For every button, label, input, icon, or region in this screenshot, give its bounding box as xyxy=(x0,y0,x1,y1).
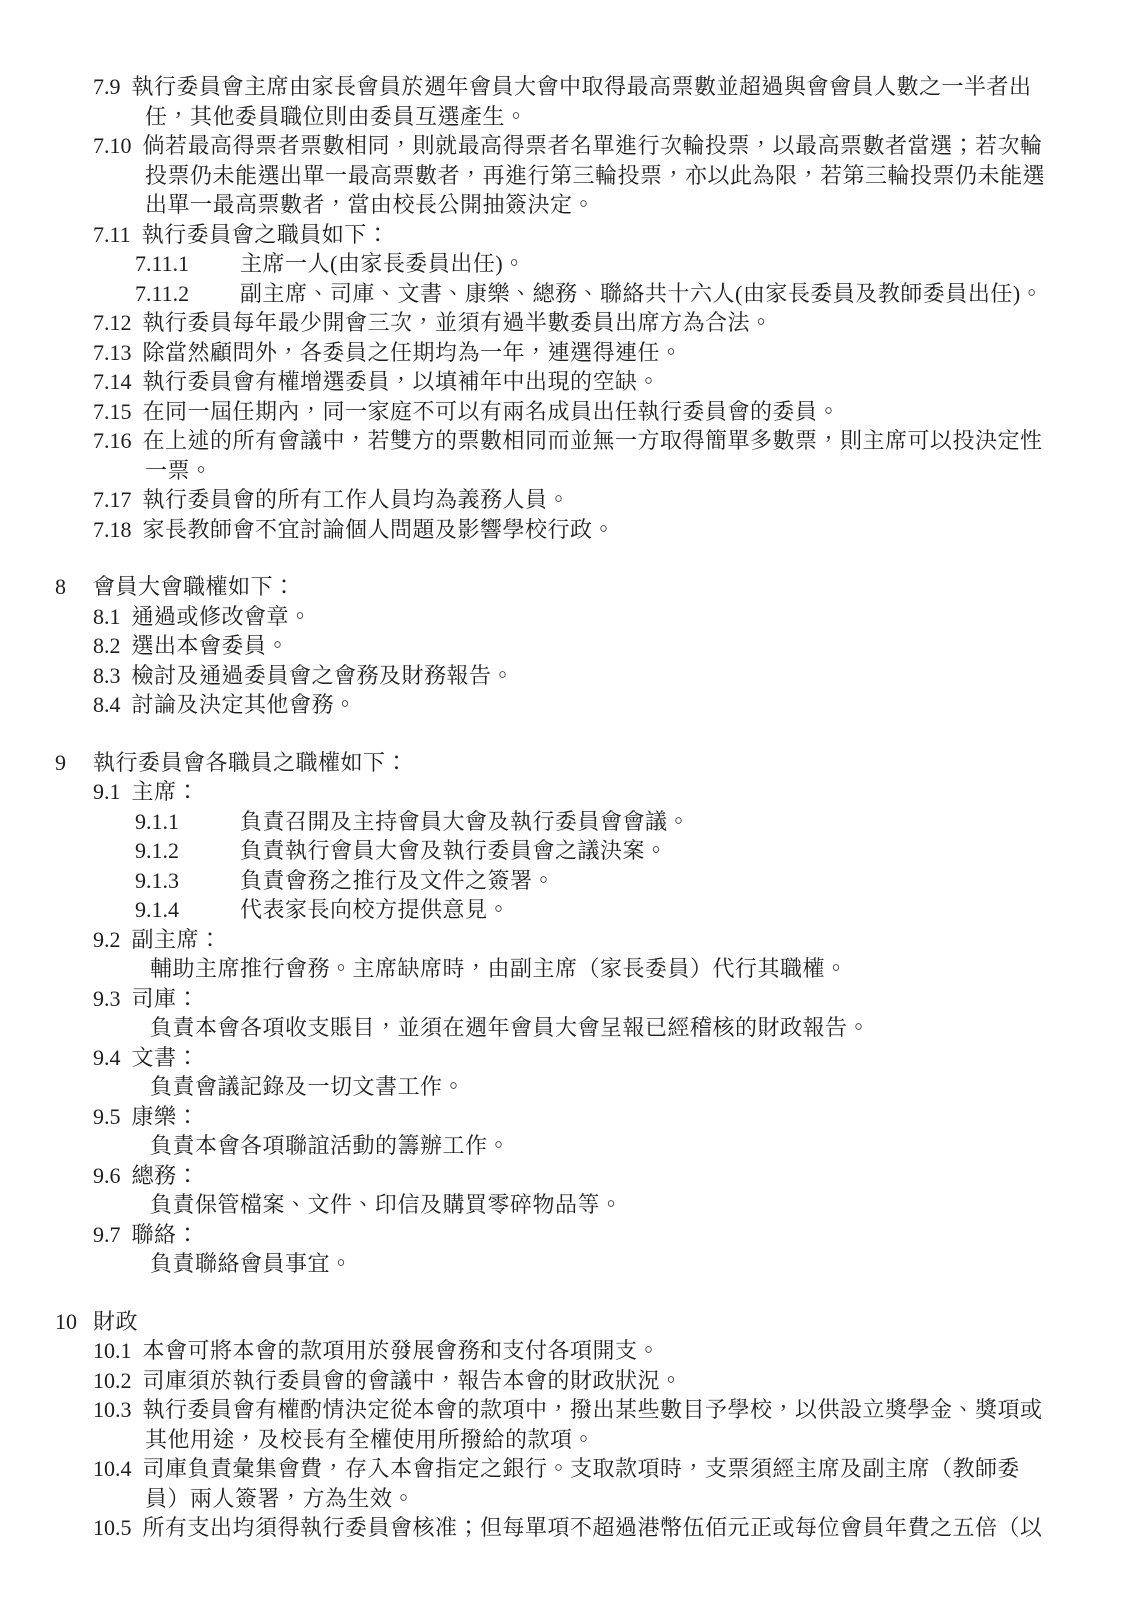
clause-9-1: 9.1主席： xyxy=(93,777,1091,807)
clause-8-3-number: 8.3 xyxy=(93,663,121,688)
section-9-title: 執行委員會各職員之職權如下： xyxy=(93,750,408,775)
clause-7-17-text: 執行委員會的所有工作人員均為義務人員。 xyxy=(143,487,571,512)
clause-10-5-line-1: 10.5所有支出均須得執行委員會核准；但每單項不超過港幣伍佰元正或每位會員年費之… xyxy=(93,1513,1091,1543)
clause-7-16-number: 7.16 xyxy=(93,428,132,453)
clause-9-1-4: 9.1.4代表家長向校方提供意見。 xyxy=(135,895,1091,925)
clause-10-4-line-2: 員）兩人簽署，方為生效。 xyxy=(145,1484,1091,1514)
clause-9-3-desc: 負責本會各項收支賬目，並須在週年會員大會呈報已經稽核的財政報告。 xyxy=(150,1013,1091,1043)
clause-9-5-text: 康樂： xyxy=(132,1104,200,1129)
clause-7-16-line-2: 一票。 xyxy=(145,456,1091,486)
clause-9-7-desc: 負責聯絡會員事宜。 xyxy=(150,1249,1091,1279)
clause-9-1-3-number: 9.1.3 xyxy=(135,866,240,896)
clause-7-13-number: 7.13 xyxy=(93,340,132,365)
clause-7-11-2-number: 7.11.2 xyxy=(135,279,240,309)
clause-9-5-number: 9.5 xyxy=(93,1104,121,1129)
clause-7-11-1: 7.11.1主席一人(由家長委員出任)。 xyxy=(135,249,1091,279)
clause-10-2-text: 司庫須於執行委員會的會議中，報告本會的財政狀況。 xyxy=(143,1368,683,1393)
clause-9-5: 9.5康樂： xyxy=(93,1102,1091,1132)
clause-7-10-line-1: 7.10倘若最高得票者票數相同，則就最高得票者名單進行次輪投票，以最高票數者當選… xyxy=(93,131,1091,161)
section-8-number: 8 xyxy=(55,572,93,602)
clause-7-9-line-1: 7.9執行委員會主席由家長會員於週年會員大會中取得最高票數並超過與會會員人數之一… xyxy=(93,72,1091,102)
clause-7-9-text: 執行委員會主席由家長會員於週年會員大會中取得最高票數並超過與會會員人數之一半者出 xyxy=(132,74,1032,99)
clause-9-6-text: 總務： xyxy=(132,1163,200,1188)
clause-10-2-number: 10.2 xyxy=(93,1368,132,1393)
clause-9-6-number: 9.6 xyxy=(93,1163,121,1188)
clause-10-1-number: 10.1 xyxy=(93,1338,132,1363)
clause-8-4-text: 討論及決定其他會務。 xyxy=(132,692,357,717)
clause-10-4-line-1: 10.4司庫負責彙集會費，存入本會指定之銀行。支取款項時，支票須經主席及副主席（… xyxy=(93,1454,1091,1484)
clause-8-1: 8.1通過或修改會章。 xyxy=(93,602,1091,632)
clause-7-15-text: 在同一屆任期內，同一家庭不可以有兩名成員出任執行委員會的委員。 xyxy=(143,399,841,424)
clause-10-3-line-2: 其他用途，及校長有全權使用所撥給的款項。 xyxy=(145,1425,1091,1455)
clause-9-4-text: 文書： xyxy=(132,1045,200,1070)
clause-7-14-text: 執行委員會有權增選委員，以填補年中出現的空缺。 xyxy=(143,369,661,394)
clause-9-1-3: 9.1.3負責會務之推行及文件之簽署。 xyxy=(135,866,1091,896)
clause-9-4-desc: 負責會議記錄及一切文書工作。 xyxy=(150,1072,1091,1102)
clause-8-4-number: 8.4 xyxy=(93,692,121,717)
clause-7-11-2: 7.11.2副主席、司庫、文書、康樂、總務、聯絡共十六人(由家長委員及教師委員出… xyxy=(135,279,1091,309)
clause-9-1-number: 9.1 xyxy=(93,779,121,804)
section-9: 9執行委員會各職員之職權如下： 9.1主席： 9.1.1負責召開及主持會員大會及… xyxy=(55,748,1091,1279)
clause-7-14-number: 7.14 xyxy=(93,369,132,394)
clause-10-1: 10.1本會可將本會的款項用於發展會務和支付各項開支。 xyxy=(93,1336,1091,1366)
clause-9-2-desc: 輔助主席推行會務。主席缺席時，由副主席（家長委員）代行其職權。 xyxy=(150,954,1091,984)
clause-9-5-desc: 負責本會各項聯誼活動的籌辦工作。 xyxy=(150,1131,1091,1161)
clause-8-2-text: 選出本會委員。 xyxy=(132,633,290,658)
clause-7-12-number: 7.12 xyxy=(93,310,132,335)
clause-10-5-number: 10.5 xyxy=(93,1515,132,1540)
section-9-number: 9 xyxy=(55,748,93,778)
clause-9-1-1: 9.1.1負責召開及主持會員大會及執行委員會會議。 xyxy=(135,807,1091,837)
section-8-title: 會員大會職權如下： xyxy=(93,574,296,599)
clause-8-4: 8.4討論及決定其他會務。 xyxy=(93,690,1091,720)
clause-10-3-number: 10.3 xyxy=(93,1397,132,1422)
clause-9-6: 9.6總務： xyxy=(93,1161,1091,1191)
clause-9-1-3-text: 負責會務之推行及文件之簽署。 xyxy=(240,868,555,893)
clause-7-9-line-2: 任，其他委員職位則由委員互選產生。 xyxy=(145,102,1091,132)
clause-9-1-2-text: 負責執行會員大會及執行委員會之議決案。 xyxy=(240,838,668,863)
clause-9-1-2-number: 9.1.2 xyxy=(135,836,240,866)
clause-8-3: 8.3檢討及通過委員會之會務及財務報告。 xyxy=(93,661,1091,691)
clause-9-2-text: 副主席： xyxy=(132,927,222,952)
clause-7-16-text: 在上述的所有會議中，若雙方的票數相同而並無一方取得簡單多數票，則主席可以投決定性 xyxy=(143,428,1043,453)
clause-9-1-1-text: 負責召開及主持會員大會及執行委員會會議。 xyxy=(240,809,690,834)
clause-8-2-number: 8.2 xyxy=(93,633,121,658)
section-10-header: 10財政 xyxy=(55,1307,1091,1337)
section-10-title: 財政 xyxy=(93,1309,138,1334)
clause-7-11-2-text: 副主席、司庫、文書、康樂、總務、聯絡共十六人(由家長委員及教師委員出任)。 xyxy=(240,281,1043,306)
clause-9-3-text: 司庫： xyxy=(132,986,200,1011)
clause-7-13-text: 除當然顧問外，各委員之任期均為一年，連選得連任。 xyxy=(143,340,683,365)
clause-9-1-4-number: 9.1.4 xyxy=(135,895,240,925)
clause-9-1-2: 9.1.2負責執行會員大會及執行委員會之議決案。 xyxy=(135,836,1091,866)
clause-7-15: 7.15在同一屆任期內，同一家庭不可以有兩名成員出任執行委員會的委員。 xyxy=(93,397,1091,427)
section-8-header: 8會員大會職權如下： xyxy=(55,572,1091,602)
section-7: 7.9執行委員會主席由家長會員於週年會員大會中取得最高票數並超過與會會員人數之一… xyxy=(55,72,1091,544)
clause-7-18-text: 家長教師會不宜討論個人問題及影響學校行政。 xyxy=(143,517,616,542)
clause-7-9-number: 7.9 xyxy=(93,74,121,99)
section-9-header: 9執行委員會各職員之職權如下： xyxy=(55,748,1091,778)
clause-7-17: 7.17執行委員會的所有工作人員均為義務人員。 xyxy=(93,485,1091,515)
clause-8-2: 8.2選出本會委員。 xyxy=(93,631,1091,661)
clause-9-3-number: 9.3 xyxy=(93,986,121,1011)
clause-10-4-text: 司庫負責彙集會費，存入本會指定之銀行。支取款項時，支票須經主席及副主席（教師委 xyxy=(143,1456,1021,1481)
clause-7-11-1-number: 7.11.1 xyxy=(135,249,240,279)
clause-9-7-text: 聯絡： xyxy=(132,1222,200,1247)
section-10-number: 10 xyxy=(55,1307,93,1337)
clause-10-3-line-1: 10.3執行委員會有權酌情決定從本會的款項中，撥出某些數目予學校，以供設立獎學金… xyxy=(93,1395,1091,1425)
clause-10-1-text: 本會可將本會的款項用於發展會務和支付各項開支。 xyxy=(143,1338,661,1363)
clause-9-1-4-text: 代表家長向校方提供意見。 xyxy=(240,897,510,922)
clause-7-13: 7.13除當然顧問外，各委員之任期均為一年，連選得連任。 xyxy=(93,338,1091,368)
clause-9-7: 9.7聯絡： xyxy=(93,1220,1091,1250)
clause-7-14: 7.14執行委員會有權增選委員，以填補年中出現的空缺。 xyxy=(93,367,1091,397)
clause-7-10-number: 7.10 xyxy=(93,133,132,158)
section-10: 10財政 10.1本會可將本會的款項用於發展會務和支付各項開支。 10.2司庫須… xyxy=(55,1307,1091,1543)
clause-10-2: 10.2司庫須於執行委員會的會議中，報告本會的財政狀況。 xyxy=(93,1366,1091,1396)
clause-9-1-1-number: 9.1.1 xyxy=(135,807,240,837)
clause-7-15-number: 7.15 xyxy=(93,399,132,424)
clause-9-4-number: 9.4 xyxy=(93,1045,121,1070)
clause-9-2: 9.2副主席： xyxy=(93,925,1091,955)
section-8: 8會員大會職權如下： 8.1通過或修改會章。 8.2選出本會委員。 8.3檢討及… xyxy=(55,572,1091,720)
clause-10-3-text: 執行委員會有權酌情決定從本會的款項中，撥出某些數目予學校，以供設立獎學金、獎項或 xyxy=(143,1397,1043,1422)
clause-9-7-number: 9.7 xyxy=(93,1222,121,1247)
clause-7-10-line-2: 投票仍未能選出單一最高票數者，再進行第三輪投票，亦以此為限，若第三輪投票仍未能選 xyxy=(145,161,1091,191)
clause-7-11-1-text: 主席一人(由家長委員出任)。 xyxy=(240,251,526,276)
clause-7-10-text: 倘若最高得票者票數相同，則就最高得票者名單進行次輪投票，以最高票數者當選；若次輪 xyxy=(143,133,1043,158)
clause-8-1-text: 通過或修改會章。 xyxy=(132,604,312,629)
clause-7-16-line-1: 7.16在上述的所有會議中，若雙方的票數相同而並無一方取得簡單多數票，則主席可以… xyxy=(93,426,1091,456)
clause-7-11-text: 執行委員會之職員如下： xyxy=(142,222,390,247)
clause-8-1-number: 8.1 xyxy=(93,604,121,629)
clause-7-12: 7.12執行委員每年最少開會三次，並須有過半數委員出席方為合法。 xyxy=(93,308,1091,338)
clause-10-4-number: 10.4 xyxy=(93,1456,132,1481)
document-page: 7.9執行委員會主席由家長會員於週年會員大會中取得最高票數並超過與會會員人數之一… xyxy=(0,0,1131,1600)
clause-8-3-text: 檢討及通過委員會之會務及財務報告。 xyxy=(132,663,515,688)
clause-7-10-line-3: 出單一最高票數者，當由校長公開抽簽決定。 xyxy=(145,190,1091,220)
clause-7-17-number: 7.17 xyxy=(93,487,132,512)
clause-9-6-desc: 負責保管檔案、文件、印信及購買零碎物品等。 xyxy=(150,1190,1091,1220)
clause-7-18-number: 7.18 xyxy=(93,517,132,542)
clause-7-12-text: 執行委員每年最少開會三次，並須有過半數委員出席方為合法。 xyxy=(143,310,773,335)
clause-9-1-text: 主席： xyxy=(132,779,200,804)
clause-9-3: 9.3司庫： xyxy=(93,984,1091,1014)
clause-7-11-number: 7.11 xyxy=(93,222,131,247)
clause-9-2-number: 9.2 xyxy=(93,927,121,952)
clause-9-4: 9.4文書： xyxy=(93,1043,1091,1073)
clause-10-5-text: 所有支出均須得執行委員會核准；但每單項不超過港幣伍佰元正或每位會員年費之五倍（以 xyxy=(143,1515,1043,1540)
clause-7-11-line-1: 7.11執行委員會之職員如下： xyxy=(93,220,1091,250)
clause-7-18: 7.18家長教師會不宜討論個人問題及影響學校行政。 xyxy=(93,515,1091,545)
